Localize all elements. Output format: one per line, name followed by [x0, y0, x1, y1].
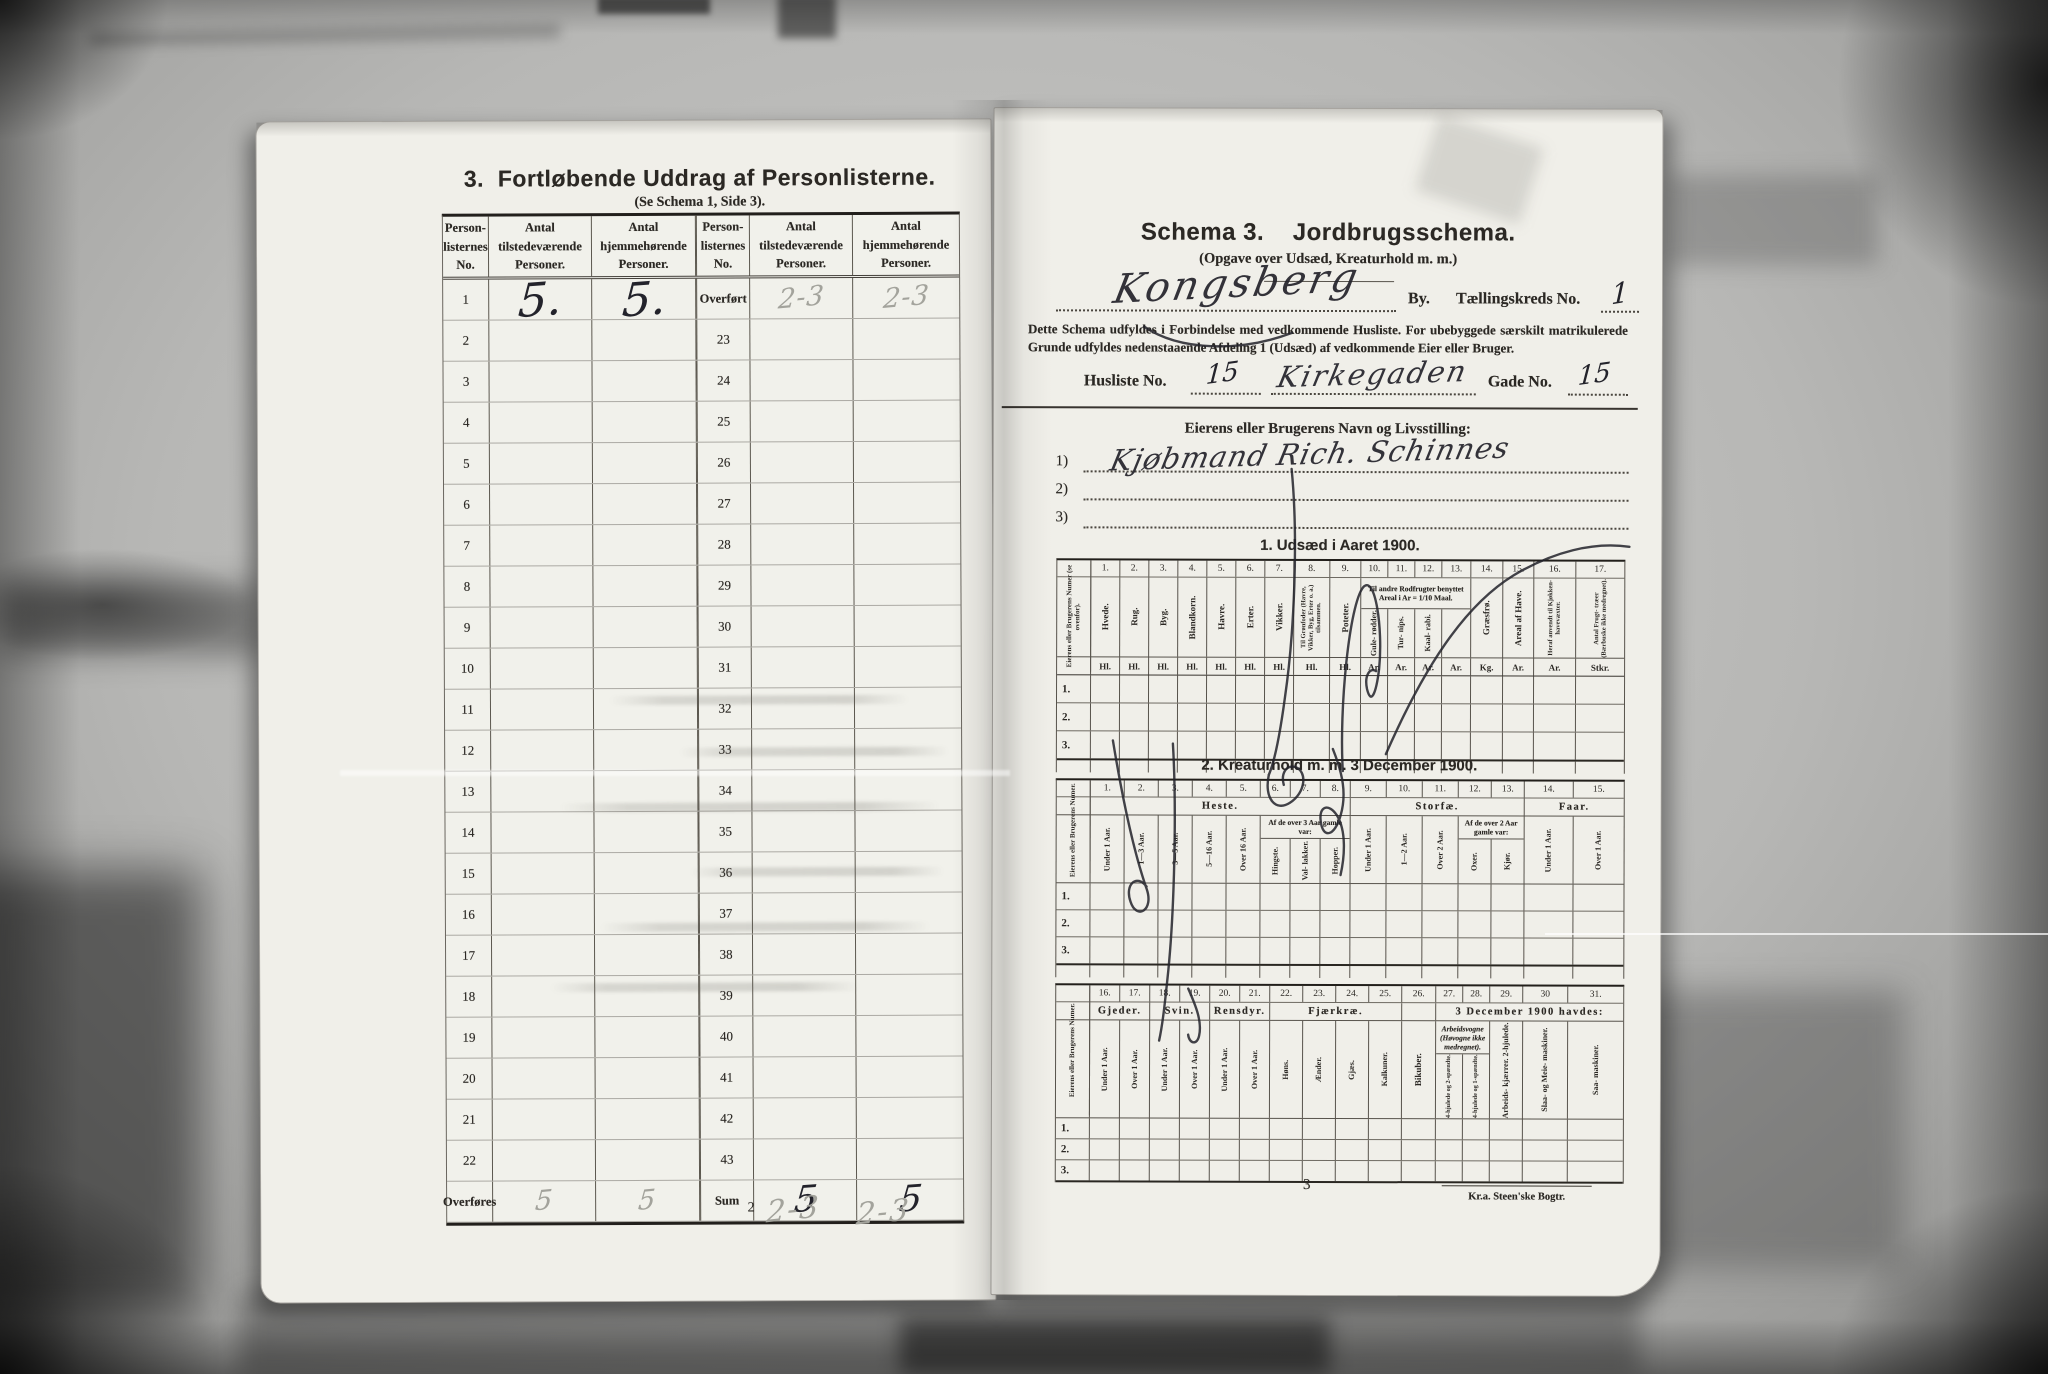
schema-name: Jordbrugsschema.: [1293, 219, 1516, 247]
empty-cell: [1471, 732, 1503, 759]
group-name: Svin.: [1150, 1003, 1210, 1020]
row-number: 38: [699, 934, 753, 974]
col-number: 16.: [1534, 562, 1576, 578]
col-unit: Hl.: [1178, 658, 1207, 675]
column-cell: Slaa- og Meie- maskiner.: [1523, 1022, 1568, 1119]
col-number: 10.: [1361, 561, 1388, 577]
handwritten-value: 5.: [517, 279, 563, 319]
value-cell: 5: [596, 1181, 700, 1221]
row-number: 22: [447, 1141, 493, 1181]
value-cell: [492, 894, 595, 934]
empty-cell: [1120, 731, 1149, 758]
empty-cell: [1090, 910, 1124, 936]
empty-cell: [1124, 910, 1158, 936]
page-edge-shadow: [256, 119, 990, 136]
empty-cell: [1503, 676, 1534, 703]
sub-col: Kjør.: [1492, 839, 1524, 883]
value-cell: [493, 1058, 596, 1098]
empty-cell: [1442, 732, 1471, 759]
column-label: Kjør.: [1503, 853, 1512, 871]
handwritten-street: Kirkegaden: [1274, 354, 1471, 394]
empty-cell: [1150, 1161, 1180, 1181]
printer-credit: Kr.a. Steen'ske Bogtr.: [1432, 1185, 1602, 1204]
value-cell: 2-3: [750, 278, 853, 318]
group-name: Gjeder.: [1090, 1002, 1150, 1019]
table-row: 627: [444, 483, 960, 526]
column-cell: 1—3 Aar.: [1125, 815, 1159, 882]
empty-cell: [1442, 676, 1471, 703]
col-unit: Hl.: [1294, 658, 1330, 675]
column-cell: Byg.: [1149, 578, 1178, 657]
empty-cell: [1226, 938, 1260, 964]
empty-cell: [1120, 1139, 1150, 1159]
empty-cell: [1240, 1140, 1270, 1160]
empty-cell: [1180, 1140, 1210, 1160]
empty-cell: [1178, 704, 1207, 731]
stain: [598, 0, 710, 14]
value-cell: [752, 729, 855, 769]
column-cell: Vikker.: [1265, 578, 1294, 657]
column-label: Saa- maskiner.: [1591, 1045, 1600, 1095]
column-cell: Over 1 Aar.: [1574, 817, 1624, 884]
column-label: Poteter.: [1340, 603, 1350, 632]
data-row: 2.: [1056, 1139, 1623, 1161]
empty-cell: [1290, 966, 1320, 978]
empty-cell: [1386, 884, 1422, 910]
empty-cell: [1568, 1162, 1623, 1182]
empty-cell: [1294, 676, 1330, 703]
row-number: 26: [697, 442, 751, 482]
empty-cell: [1265, 704, 1294, 731]
table-row: 324: [443, 360, 959, 403]
empty-cell: [1369, 1140, 1402, 1160]
value-cell: [490, 566, 593, 606]
row-number: 43: [700, 1139, 754, 1179]
group-name: Fjærkræ.: [1270, 1003, 1402, 1020]
empty-cell: [1149, 676, 1178, 703]
row-number: 23: [696, 319, 750, 359]
empty-cell: [1290, 938, 1320, 964]
data-row: [1056, 965, 1623, 978]
sub-col: [1442, 609, 1470, 657]
col-number: 24.: [1336, 986, 1369, 1002]
husliste-no-dots: [1191, 392, 1261, 395]
value-cell: [492, 853, 595, 893]
value-cell: [491, 771, 594, 811]
value-cell: [594, 648, 698, 688]
column-header: Antal hjemmehørende Personer.: [853, 215, 959, 275]
col-unit: Hl.: [1149, 658, 1178, 675]
empty-cell: [1158, 884, 1192, 910]
row-label: 3.: [1056, 937, 1090, 963]
empty-cell: [1402, 1161, 1436, 1181]
empty-cell: [1236, 704, 1265, 731]
column-cell: Høns.: [1270, 1021, 1303, 1118]
column-cell: Over 1 Aar.: [1120, 1020, 1150, 1117]
row-label: 2.: [1056, 910, 1090, 936]
column-label: Arbeids- kjærrer. 2-hjulede.: [1501, 1022, 1510, 1118]
handwritten-gade-no: 15: [1577, 357, 1612, 392]
value-cell: [592, 361, 696, 401]
empty-cell: [1503, 704, 1534, 731]
column-label: Over 1 Aar.: [1250, 1050, 1259, 1089]
col-number: 14.: [1471, 561, 1503, 577]
empty-cell: [1240, 1119, 1270, 1139]
city-dotted-line: [1056, 308, 1396, 312]
sub-col: Oxer.: [1459, 839, 1492, 883]
empty-cell: [1388, 676, 1415, 703]
col-number: 12.: [1415, 561, 1442, 577]
row-label: 3.: [1056, 1160, 1090, 1180]
empty-cell: [1458, 884, 1491, 910]
value-cell: [855, 811, 961, 851]
col-number: 3.: [1159, 781, 1193, 797]
column-label: Under 1 Aar.: [1100, 1047, 1109, 1091]
empty-cell: [1490, 1161, 1523, 1181]
handwritten-value: 5.: [621, 279, 667, 319]
column-label: Rug.: [1129, 608, 1139, 626]
empty-cell: [1178, 732, 1207, 759]
col-number: 7.: [1265, 561, 1294, 577]
row-label: 1.: [1056, 1118, 1090, 1138]
column-header: Antal tilstedeværende Personer.: [750, 215, 853, 275]
value-cell: [593, 525, 697, 565]
sub-col: Tur- nips.: [1388, 609, 1415, 657]
col-number: 8.: [1321, 781, 1351, 797]
value-cell: [856, 934, 962, 974]
column-cell: Arbeids- kjærrer. 2-hjulede.: [1490, 1021, 1523, 1118]
column-label: 1—3 Aar.: [1136, 833, 1145, 865]
value-cell: [754, 1057, 857, 1097]
row-number: 32: [698, 688, 752, 728]
empty-cell: [1178, 676, 1207, 703]
empty-cell: [1090, 965, 1124, 977]
value-cell: [595, 894, 699, 934]
empty-cell: [1573, 912, 1623, 938]
empty-cell: [1402, 1119, 1436, 1139]
empty-cell: [1415, 676, 1442, 703]
value-cell: [489, 320, 592, 360]
value-cell: [856, 893, 962, 933]
col-number: 1.: [1091, 780, 1125, 796]
value-cell: [593, 402, 697, 442]
column-label: Slaa- og Meie- maskiner.: [1540, 1028, 1549, 1112]
col-number: 25.: [1369, 986, 1402, 1002]
empty-cell: [1090, 1118, 1120, 1138]
group-name: 3 December 1900 havdes:: [1436, 1003, 1623, 1020]
district-dotted-line: [1601, 310, 1639, 313]
value-cell: [594, 607, 698, 647]
column-label: Val- lakker.: [1300, 841, 1309, 880]
handwritten-value: 5: [534, 1190, 554, 1214]
column-label: Over 2 Aar.: [1435, 830, 1444, 869]
column-label: 3—5 Aar.: [1170, 833, 1179, 865]
col-number: 15.: [1574, 782, 1624, 798]
sub-col: Val- lakker.: [1291, 839, 1321, 883]
empty-cell: [1350, 966, 1386, 978]
row-number: 12: [445, 731, 491, 771]
row-number: 34: [698, 770, 752, 810]
value-cell: [752, 688, 855, 728]
value-cell: [853, 319, 959, 359]
row-number: 6: [444, 485, 490, 525]
column-cell: Poteter.: [1330, 578, 1361, 657]
empty-cell: [1361, 732, 1388, 759]
value-cell: [593, 484, 697, 524]
empty-cell: [1458, 911, 1491, 937]
row-label: 2.: [1057, 703, 1091, 730]
schema-number: Schema 3.: [1141, 219, 1264, 246]
col-number: 12.: [1459, 781, 1492, 797]
empty-cell: [1260, 911, 1290, 937]
value-cell: [854, 565, 960, 605]
value-cell: [857, 1098, 963, 1138]
value-cell: [752, 770, 855, 810]
page-number: 3: [1287, 1177, 1327, 1194]
empty-cell: [1320, 966, 1350, 978]
data-row: 1.: [1056, 1118, 1623, 1140]
empty-cell: [1471, 676, 1503, 703]
row-number: 2: [443, 321, 489, 361]
empty-cell: [1180, 1161, 1210, 1181]
empty-cell: [1436, 1140, 1463, 1160]
col-number: 29.: [1490, 986, 1523, 1002]
value-cell: [751, 442, 854, 482]
empty-cell: [1330, 732, 1361, 759]
column-label: Kaal- rabi.: [1424, 615, 1433, 652]
row-number: 4: [444, 403, 490, 443]
column-header: Antal hjemmehørende Personer.: [592, 216, 696, 276]
gade-no-dots: [1568, 393, 1628, 396]
row-number: 8: [444, 567, 490, 607]
line-number: 1): [1056, 453, 1069, 469]
empty-cell: [1091, 703, 1120, 730]
col-number: 6.: [1236, 561, 1265, 577]
value-cell: [754, 1139, 857, 1179]
empty-cell: [1523, 1120, 1568, 1140]
column-label: 4-hjulede og 2-spændte.: [1445, 1054, 1452, 1118]
value-cell: [855, 729, 961, 769]
value-cell: [751, 483, 854, 523]
empty-cell: [1303, 1140, 1336, 1160]
column-label: Hopper.: [1330, 847, 1339, 875]
row-number: 21: [447, 1100, 493, 1140]
col-number: 20.: [1210, 986, 1240, 1002]
column-cell: Areal af Have.: [1503, 578, 1534, 657]
empty-cell: [1236, 676, 1265, 703]
table-row: 2243: [447, 1139, 963, 1182]
row-number: 39: [699, 975, 753, 1015]
gade-label: Gade No.: [1488, 373, 1552, 391]
table-row: 15.5.Overført2-32-3: [443, 278, 959, 321]
value-cell: [853, 360, 959, 400]
empty-cell: [1534, 677, 1576, 704]
empty-cell: [1330, 704, 1361, 731]
column-label: 1—2 Aar.: [1399, 834, 1408, 866]
column-cell: Over 16 Aar.: [1227, 816, 1261, 883]
printer-name: Kr.a. Steen'ske Bogtr.: [1468, 1191, 1565, 1202]
column-label: 5—16 Aar.: [1204, 831, 1213, 867]
row-number: 13: [445, 772, 491, 812]
row-number: 15: [446, 854, 492, 894]
value-cell: 2-3: [853, 278, 959, 318]
column-label: Under 1 Aar.: [1544, 828, 1553, 872]
col-unit: Ar.: [1503, 658, 1534, 675]
table-row: 728: [444, 524, 960, 567]
value-cell: [594, 730, 698, 770]
table-row: 1031: [445, 647, 961, 690]
district-label: Tællingskreds No.: [1456, 290, 1580, 308]
stain: [1415, 114, 1544, 224]
group-name: Heste.: [1091, 797, 1351, 815]
empty-cell: [1320, 938, 1350, 964]
col-number: 2.: [1125, 780, 1159, 796]
empty-cell: [1463, 1119, 1490, 1139]
instructions: Dette Schema udfyldes i Forbindelse med …: [1028, 320, 1628, 357]
empty-cell: [1124, 965, 1158, 977]
column-label: Græsfrø.: [1482, 601, 1492, 636]
row-number: 9: [445, 608, 491, 648]
column-cell: 1—2 Aar.: [1387, 816, 1423, 883]
row-label: 2.: [1056, 1139, 1090, 1159]
empty-cell: [1463, 1140, 1490, 1160]
table-row: 425: [444, 401, 960, 444]
value-cell: [854, 524, 960, 564]
empty-cell: [1192, 966, 1226, 978]
column-cell: Under 1 Aar.: [1150, 1021, 1180, 1118]
value-cell: [856, 852, 962, 892]
empty-cell: [1192, 911, 1226, 937]
row-number: 33: [698, 729, 752, 769]
column-cell: Blandkorn.: [1178, 578, 1207, 657]
col-number: 11.: [1388, 561, 1415, 577]
col-number: 10.: [1387, 781, 1423, 797]
col-number: 17.: [1576, 562, 1624, 578]
empty-cell: [1415, 732, 1442, 759]
empty-cell: [1210, 1161, 1240, 1181]
row-number: 14: [445, 813, 491, 853]
column-label: Hingste.: [1270, 847, 1279, 875]
empty-cell: [1270, 1140, 1303, 1160]
empty-cell: [1491, 911, 1524, 937]
column-label: Under 1 Aar.: [1160, 1047, 1169, 1091]
sub-col: 4-hjulede og 2-spændte.: [1436, 1054, 1463, 1118]
empty-cell: [1120, 1118, 1150, 1138]
row-number: 27: [697, 483, 751, 523]
value-cell: [856, 1016, 962, 1056]
sub-group-header: Af de over 3 Aar gamle var:: [1261, 816, 1350, 839]
column-label: Blandkorn.: [1187, 595, 1197, 639]
header-row: Person- listernes No.Antal tilstedeværen…: [443, 215, 959, 280]
empty-cell: [1294, 704, 1330, 731]
col-number: 19.: [1180, 986, 1210, 1002]
data-row: 1.: [1057, 675, 1624, 704]
kreaturhold-table: Eierens eller Brugerens Numer.1.2.3.4.5.…: [1055, 778, 1625, 978]
empty-cell: [1490, 1119, 1523, 1139]
col-unit: Hl.: [1330, 658, 1361, 675]
column-label: Gjæs.: [1347, 1060, 1356, 1080]
empty-cell: [1491, 966, 1524, 978]
empty-cell: [1260, 884, 1290, 910]
section-title: Fortløbende Uddrag af Personlisterne.: [498, 164, 936, 192]
value-cell: [752, 647, 855, 687]
col-number: 13.: [1442, 561, 1471, 577]
value-cell: [754, 1098, 857, 1138]
row-label: [1056, 965, 1090, 977]
col-number: 6.: [1261, 781, 1291, 797]
column-label: Antal Frugt- træer (Bærbuske ikke medreg…: [1593, 579, 1608, 658]
number-row: 16.17.18.19.20.21.22.23.24.25.26.27.28.2…: [1056, 985, 1623, 1003]
empty-cell: [1573, 967, 1623, 979]
empty-cell: [1422, 938, 1458, 964]
col-number: 13.: [1492, 781, 1525, 797]
empty-cell: [1120, 703, 1149, 730]
value-cell: [492, 935, 595, 975]
col-number: 5.: [1227, 781, 1261, 797]
group-name: Rensdyr.: [1210, 1003, 1270, 1020]
column-label: Over 1 Aar.: [1190, 1049, 1199, 1088]
empty-cell: [1180, 1119, 1210, 1139]
column-cell: Saa- maskiner.: [1568, 1022, 1623, 1119]
col-unit: Hl.: [1236, 658, 1265, 675]
empty-cell: [1149, 704, 1178, 731]
row-number: 18: [446, 977, 492, 1017]
handwritten-value: 2-3: [777, 285, 825, 311]
col-number: 15.: [1503, 561, 1534, 577]
row-number: 20: [447, 1059, 493, 1099]
empty-cell: [1361, 704, 1388, 731]
empty-cell: [1192, 884, 1226, 910]
empty-cell: [1534, 705, 1576, 732]
group-name: Faar.: [1525, 799, 1624, 816]
column-label: Hvede.: [1100, 604, 1110, 631]
udsaed-table: Eierens eller Brugerens Numer (se ovenfo…: [1056, 558, 1626, 773]
empty-cell: [1226, 911, 1260, 937]
stain: [778, 0, 836, 38]
sub-col: Gule- rødder.: [1361, 609, 1388, 657]
value-cell: [492, 1017, 595, 1057]
empty-cell: [1120, 675, 1149, 702]
value-cell: [493, 1140, 596, 1180]
value-cell: [594, 689, 698, 729]
value-cell: [491, 689, 594, 729]
table-row: 1233: [445, 729, 961, 772]
row-number: 19: [446, 1018, 492, 1058]
printer-rule: [1442, 1185, 1592, 1186]
empty-cell: [1436, 1119, 1463, 1139]
empty-cell: [1330, 676, 1361, 703]
column-cell: Til Grønfoder (Havre, Vikker, Byg, Erter…: [1294, 578, 1330, 657]
empty-cell: [1290, 884, 1320, 910]
col-number: 21.: [1240, 986, 1270, 1002]
empty-cell: [1260, 966, 1290, 978]
col-number: 7.: [1291, 781, 1321, 797]
column-label: Kalkuner.: [1380, 1053, 1389, 1087]
table-row: 526: [444, 442, 960, 485]
column-label: Over 1 Aar.: [1130, 1049, 1139, 1088]
column-cell: Under 1 Aar.: [1351, 816, 1387, 883]
column-label: Vikker.: [1274, 603, 1284, 631]
column-cell: Bikuber.: [1402, 1021, 1436, 1118]
pencil-total: 2-3: [855, 1192, 912, 1232]
col-number: 17.: [1120, 985, 1150, 1001]
col-number: 22.: [1270, 986, 1303, 1002]
col-number: 27.: [1436, 986, 1463, 1002]
label-band: Under 1 Aar.Over 1 Aar.Under 1 Aar.Over …: [1056, 1020, 1623, 1119]
group-row: Gjeder.Svin.Rensdyr.Fjærkræ.3 December 1…: [1056, 1002, 1623, 1021]
full-rule: [1002, 406, 1638, 410]
owner-line-2: 2): [1056, 480, 1636, 504]
